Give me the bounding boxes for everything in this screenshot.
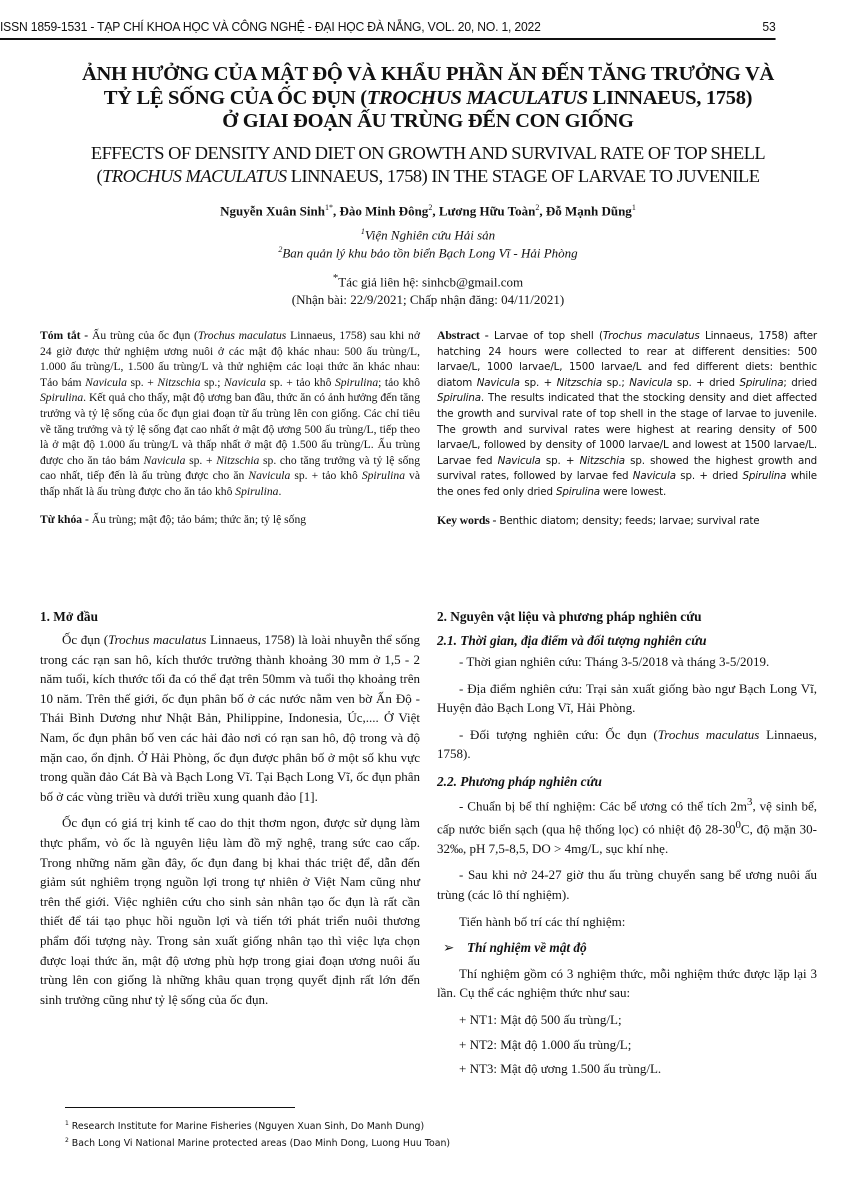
species: Spirulina (742, 470, 786, 482)
title-vietnamese: ẢNH HƯỞNG CỦA MẬT ĐỘ VÀ KHẨU PHẦN ĂN ĐẾN… (40, 63, 816, 134)
section-heading: 1. Mở đầu (40, 607, 420, 626)
species: Trochus maculatus (603, 330, 700, 342)
footnote: 2 Bach Long Vi National Marine protected… (65, 1134, 450, 1151)
author-sup: 1* (325, 203, 333, 212)
journal-title: ISSN 1859-1531 - TẠP CHÍ KHOA HỌC VÀ CÔN… (0, 19, 541, 34)
text: sp.; (602, 377, 629, 389)
title-vi-line-3: Ở GIAI ĐOẠN ẤU TRÙNG ĐẾN CON GIỐNG (40, 110, 816, 134)
text: sp. + (520, 377, 557, 389)
species-name: TROCHUS MACULATUS (367, 87, 588, 109)
section-heading: 2. Nguyên vật liệu và phương pháp nghiên… (437, 607, 817, 626)
text: TỶ LỆ SỐNG CỦA ỐC ĐỤN ( (104, 87, 367, 109)
species: Navicula (248, 469, 290, 482)
keywords-en: Key words - Benthic diatom; density; fee… (437, 513, 817, 530)
paragraph: - Địa điểm nghiên cứu: Trại sản xuất giố… (437, 679, 817, 718)
abstract-label: Abstract - (437, 328, 489, 342)
author-sup: 1 (632, 203, 636, 212)
text: Ốc đụn ( (62, 632, 108, 647)
title-english: EFFECTS OF DENSITY AND DIET ON GROWTH AN… (40, 142, 816, 188)
paragraph: Thí nghiệm gồm có 3 nghiệm thức, mỗi ngh… (437, 964, 817, 1003)
species: Trochus maculatus (108, 632, 206, 647)
keywords-label: Key words - (437, 513, 496, 527)
contact-email: Tác giả liên hệ: sinhcb@gmail.com (338, 274, 523, 289)
keywords-label: Từ khóa - (40, 513, 89, 526)
text: sp. + tảo khô (290, 469, 362, 482)
text: sp. + (127, 376, 157, 389)
species: Navicula (144, 454, 186, 467)
species: Spirulina (335, 376, 378, 389)
subsection-heading: 2.2. Phương pháp nghiên cứu (437, 771, 817, 793)
text: . (278, 485, 281, 498)
species: Spirulina (437, 392, 481, 404)
paragraph: - Sau khi nở 24-27 giờ thu ấu trùng chuy… (437, 865, 817, 904)
footnote: 1 Research Institute for Marine Fisherie… (65, 1117, 450, 1134)
species: Spirulina (739, 377, 783, 389)
title-vi-line-1: ẢNH HƯỞNG CỦA MẬT ĐỘ VÀ KHẨU PHẦN ĂN ĐẾN… (40, 63, 816, 87)
abstract-english: Abstract - Larvae of top shell (Trochus … (437, 328, 817, 529)
species: Trochus maculatus (198, 329, 286, 342)
text: LINNAEUS, 1758) IN THE STAGE OF LARVAE T… (287, 166, 760, 186)
species: Spirulina (362, 469, 405, 482)
footnote-text: Bach Long Vi National Marine protected a… (69, 1138, 450, 1149)
footnote-divider (65, 1107, 295, 1108)
paragraph: Ốc đụn (Trochus maculatus Linnaeus, 1758… (40, 630, 420, 806)
affiliation-2: 2Ban quản lý khu bảo tồn biển Bạch Long … (40, 245, 816, 261)
section-methods: 2. Nguyên vật liệu và phương pháp nghiên… (437, 607, 817, 1084)
text: - Đối tượng nghiên cứu: Ốc đụn ( (459, 727, 658, 742)
abstract-vi-text: Tóm tắt - Ấu trùng của ốc đụn (Trochus m… (40, 328, 420, 500)
author-name: Đỗ Mạnh Dũng (546, 203, 632, 218)
keywords-vi: Từ khóa - Ấu trùng; mật độ; tảo bám; thứ… (40, 512, 420, 528)
species: Navicula (498, 455, 541, 467)
abstract-label: Tóm tắt - (40, 329, 88, 342)
footnote-text: Research Institute for Marine Fisheries … (69, 1121, 424, 1132)
text: were lowest. (600, 486, 666, 498)
paragraph: - Thời gian nghiên cứu: Tháng 3-5/2018 v… (437, 652, 817, 672)
species: Nitzschia (557, 377, 602, 389)
submission-dates: (Nhận bài: 22/9/2021; Chấp nhận đăng: 04… (40, 292, 816, 308)
text: ; dried (783, 377, 817, 389)
species: Spirulina (556, 486, 600, 498)
author-sup: 2 (535, 203, 539, 212)
page-number: 53 (762, 19, 775, 34)
text: sp. + (185, 454, 216, 467)
species: Navicula (477, 377, 520, 389)
title-vi-line-2: TỶ LỆ SỐNG CỦA ỐC ĐỤN (TROCHUS MACULATUS… (40, 87, 816, 111)
keywords-text: Benthic diatom; density; feeds; larvae; … (496, 515, 759, 527)
treatment-item: + NT1: Mật độ 500 ấu trùng/L; (437, 1010, 817, 1030)
title-en-line-2: (TROCHUS MACULATUS LINNAEUS, 1758) IN TH… (40, 165, 816, 188)
text: sp. + dried (676, 470, 743, 482)
experiment-title: Thí nghiệm về mật độ (467, 940, 587, 955)
arrow-bullet-icon: ➢ (443, 938, 467, 958)
species: Nitzschia (157, 376, 200, 389)
affil-text: Ban quản lý khu bảo tồn biển Bạch Long V… (282, 245, 577, 260)
abstract-en-text: Abstract - Larvae of top shell (Trochus … (437, 328, 817, 501)
contact-line: *Tác giả liên hệ: sinhcb@gmail.com (40, 272, 816, 290)
affil-text: Viện Nghiên cứu Hải sản (365, 227, 495, 242)
author-list: Nguyễn Xuân Sinh1*, Đào Minh Đông2, Lươn… (40, 203, 816, 219)
text: ; tảo khô (378, 376, 420, 389)
author-name: Nguyễn Xuân Sinh (220, 203, 325, 218)
species: Spirulina (235, 485, 278, 498)
author-sup: 2 (428, 203, 432, 212)
author-name: Đào Minh Đông (339, 203, 428, 218)
paragraph: Tiến hành bố trí các thí nghiệm: (437, 912, 817, 932)
subsection-heading: 2.1. Thời gian, địa điểm và đối tượng ng… (437, 630, 817, 652)
species: Spirulina (40, 391, 83, 404)
treatment-item: + NT3: Mật độ ương 1.500 ấu trùng/L. (437, 1059, 817, 1079)
text: Ấu trùng của ốc đụn ( (88, 329, 198, 342)
text: sp. + (541, 455, 580, 467)
species: Navicula (629, 377, 672, 389)
text: LINNAEUS, 1758) (588, 87, 752, 109)
section-introduction: 1. Mở đầu Ốc đụn (Trochus maculatus Linn… (40, 607, 420, 1016)
paragraph: Ốc đụn có giá trị kinh tế cao do thịt th… (40, 813, 420, 1009)
affiliation-1: 1Viện Nghiên cứu Hải sản (40, 227, 816, 243)
footnotes: 1 Research Institute for Marine Fisherie… (65, 1117, 450, 1151)
running-header: ISSN 1859-1531 - TẠP CHÍ KHOA HỌC VÀ CÔN… (0, 16, 776, 40)
paragraph: - Chuẩn bị bể thí nghiệm: Các bể ương có… (437, 793, 817, 858)
text: Larvae of top shell ( (489, 330, 603, 342)
species: Trochus maculatus (658, 727, 760, 742)
text: Linnaeus, 1758) là loài nhuyễn thể sống … (40, 632, 420, 804)
keywords-text: Ấu trùng; mật độ; tảo bám; thức ăn; tỷ l… (89, 513, 306, 526)
species: Navicula (633, 470, 676, 482)
paragraph: - Đối tượng nghiên cứu: Ốc đụn (Trochus … (437, 725, 817, 764)
text: - Chuẩn bị bể thí nghiệm: Các bể ương có… (459, 798, 747, 813)
species: Navicula (85, 376, 127, 389)
species: Nitzschia (580, 455, 625, 467)
species: Nitzschia (216, 454, 259, 467)
species: Navicula (224, 376, 266, 389)
experiment-heading: ➢Thí nghiệm về mật độ (443, 938, 817, 958)
text: sp. + tảo khô (266, 376, 335, 389)
text: sp.; (201, 376, 225, 389)
title-en-line-1: EFFECTS OF DENSITY AND DIET ON GROWTH AN… (40, 142, 816, 165)
treatment-item: + NT2: Mật độ 1.000 ấu trùng/L; (437, 1035, 817, 1055)
text: sp. + dried (672, 377, 739, 389)
author-name: Lương Hữu Toàn (439, 203, 536, 218)
species-name: TROCHUS MACULATUS (102, 166, 286, 186)
abstract-vietnamese: Tóm tắt - Ấu trùng của ốc đụn (Trochus m… (40, 328, 420, 527)
